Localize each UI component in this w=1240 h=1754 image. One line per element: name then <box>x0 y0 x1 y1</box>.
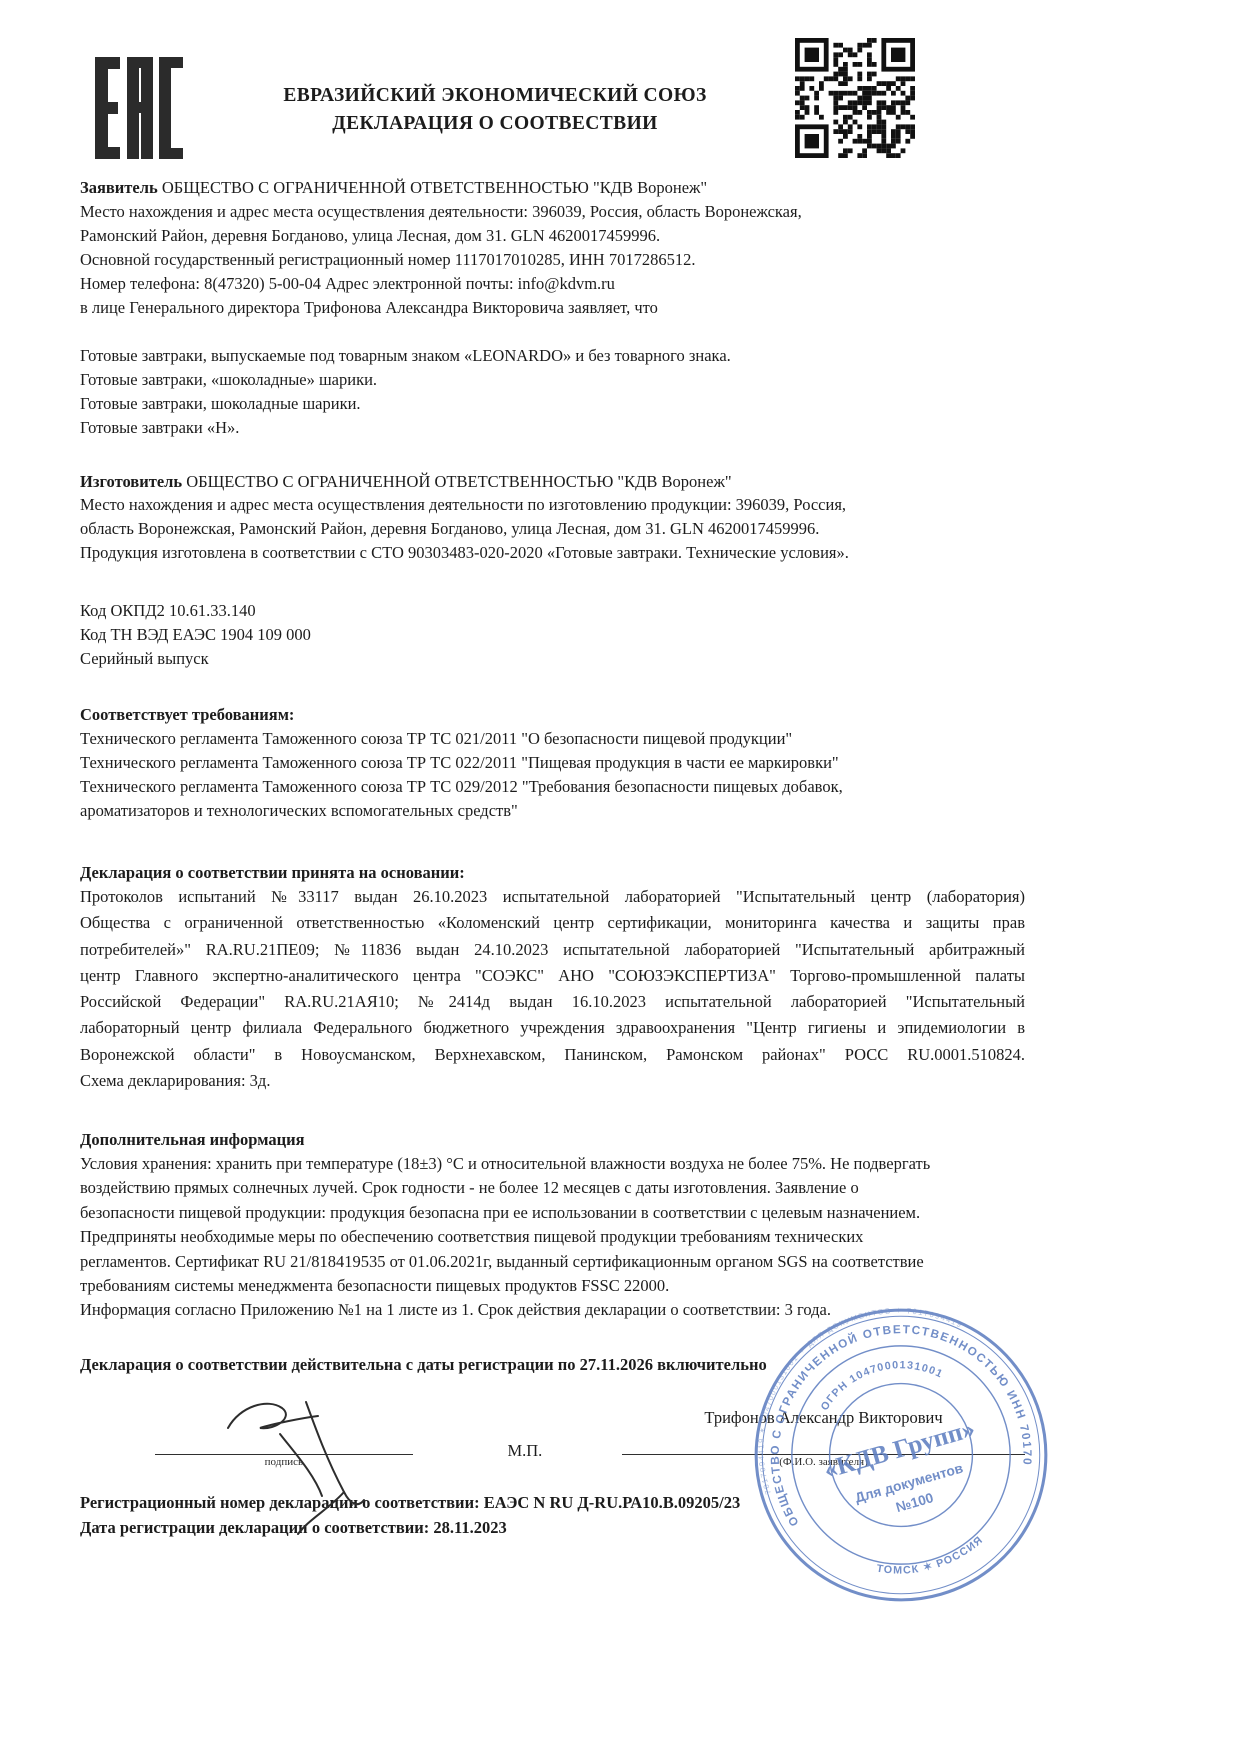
applicant-detail-line: Рамонский Район, деревня Богданово, улиц… <box>80 224 1025 248</box>
compliance-line: ароматизаторов и технологических вспомог… <box>80 799 1025 823</box>
additional-line: требованиям системы менеджмента безопасн… <box>80 1274 1025 1298</box>
product-line: Готовые завтраки, выпускаемые под товарн… <box>80 344 1025 368</box>
manufacturer-label: Изготовитель <box>80 472 182 491</box>
applicant-detail-line: Место нахождения и адрес места осуществл… <box>80 200 1025 224</box>
applicant-name: ОБЩЕСТВО С ОГРАНИЧЕННОЙ ОТВЕТСТВЕННОСТЬЮ… <box>158 178 707 197</box>
signature-line <box>155 1420 413 1455</box>
product-line: Готовые завтраки «Н». <box>80 416 1025 440</box>
basis-line: Воронежской области" в Новоусманском, Ве… <box>80 1042 1025 1068</box>
basis-line: Российской Федерации" RA.RU.21АЯ10; №241… <box>80 989 1025 1015</box>
applicant-detail-line: в лице Генерального директора Трифонова … <box>80 296 1025 320</box>
eac-logo-icon <box>95 57 183 159</box>
basis-line: Общества с ограниченной ответственностью… <box>80 910 1025 936</box>
basis-line: центр Главного экспертно-аналитического … <box>80 963 1025 989</box>
signature-block: подпись <box>155 1420 413 1479</box>
basis-line: Схема декларирования: 3д. <box>80 1068 1025 1094</box>
applicant-line: Заявитель ОБЩЕСТВО С ОГРАНИЧЕННОЙ ОТВЕТС… <box>80 176 1025 200</box>
compliance-heading: Соответствует требованиям: <box>80 703 1025 727</box>
manufacturer-line: Изготовитель ОБЩЕСТВО С ОГРАНИЧЕННОЙ ОТВ… <box>80 470 1025 494</box>
additional-text: Условия хранения: хранить при температур… <box>80 1152 1025 1323</box>
qr-code <box>795 38 915 158</box>
code-line: Код ОКПД2 10.61.33.140 <box>80 599 1025 623</box>
additional-block: Дополнительная информация Условия хранен… <box>80 1128 1025 1322</box>
code-line: Серийный выпуск <box>80 647 1025 671</box>
manufacturer-detail-line: Место нахождения и адрес места осуществл… <box>80 493 1025 517</box>
union-title: ЕВРАЗИЙСКИЙ ЭКОНОМИЧЕСКИЙ СОЮЗ <box>215 82 775 110</box>
applicant-block: Заявитель ОБЩЕСТВО С ОГРАНИЧЕННОЙ ОТВЕТС… <box>80 176 1025 320</box>
basis-line: Протоколов испытаний №33117 выдан 26.10.… <box>80 884 1025 910</box>
additional-line: безопасности пищевой продукции: продукци… <box>80 1201 1025 1225</box>
declaration-page: ЕВРАЗИЙСКИЙ ЭКОНОМИЧЕСКИЙ СОЮЗ ДЕКЛАРАЦИ… <box>0 0 1240 1754</box>
basis-block: Декларация о соответствии принята на осн… <box>80 861 1025 1095</box>
additional-heading: Дополнительная информация <box>80 1128 1025 1152</box>
manufacturer-name: ОБЩЕСТВО С ОГРАНИЧЕННОЙ ОТВЕТСТВЕННОСТЬЮ… <box>182 472 731 491</box>
stamp-place-label: М.П. <box>483 1439 567 1479</box>
compliance-line: Технического регламента Таможенного союз… <box>80 751 1025 775</box>
manufacturer-block: Изготовитель ОБЩЕСТВО С ОГРАНИЧЕННОЙ ОТВ… <box>80 470 1025 566</box>
applicant-detail-line: Номер телефона: 8(47320) 5-00-04 Адрес э… <box>80 272 1025 296</box>
additional-line: Предприняты необходимые меры по обеспече… <box>80 1225 1025 1249</box>
compliance-block: Соответствует требованиям: Технического … <box>80 703 1025 823</box>
product-line: Готовые завтраки, шоколадные шарики. <box>80 392 1025 416</box>
applicant-details: Место нахождения и адрес места осуществл… <box>80 200 1025 320</box>
codes-block: Код ОКПД2 10.61.33.140Код ТН ВЭД ЕАЭС 19… <box>80 599 1025 671</box>
document-title: ЕВРАЗИЙСКИЙ ЭКОНОМИЧЕСКИЙ СОЮЗ ДЕКЛАРАЦИ… <box>215 82 775 138</box>
compliance-line: Технического регламента Таможенного союз… <box>80 727 1025 751</box>
manufacturer-detail-line: область Воронежская, Рамонский Район, де… <box>80 517 1025 541</box>
basis-heading: Декларация о соответствии принята на осн… <box>80 861 1025 885</box>
declaration-title: ДЕКЛАРАЦИЯ О СООТВЕСТВИИ <box>215 110 775 138</box>
compliance-line: Технического регламента Таможенного союз… <box>80 775 1025 799</box>
signature-caption: подпись <box>155 1455 413 1479</box>
compliance-list: Технического регламента Таможенного союз… <box>80 727 1025 823</box>
basis-line: лабораторный центр филиала Федерального … <box>80 1015 1025 1041</box>
additional-line: воздействию прямых солнечных лучей. Срок… <box>80 1176 1025 1200</box>
basis-text: Протоколов испытаний №33117 выдан 26.10.… <box>80 884 1025 1094</box>
additional-line: Условия хранения: хранить при температур… <box>80 1152 1025 1176</box>
additional-line: регламентов. Сертификат RU 21/818419535 … <box>80 1250 1025 1274</box>
applicant-label: Заявитель <box>80 178 158 197</box>
code-line: Код ТН ВЭД ЕАЭС 1904 109 000 <box>80 623 1025 647</box>
stamp-number: №100 <box>894 1490 935 1515</box>
basis-line: потребителей»" RA.RU.21ПЕ09; №11836 выда… <box>80 937 1025 963</box>
products-list: Готовые завтраки, выпускаемые под товарн… <box>80 344 1025 440</box>
manufacturer-details: Место нахождения и адрес места осуществл… <box>80 493 1025 565</box>
applicant-detail-line: Основной государственный регистрационный… <box>80 248 1025 272</box>
manufacturer-detail-line: Продукция изготовлена в соответствии с С… <box>80 541 1025 565</box>
product-line: Готовые завтраки, «шоколадные» шарики. <box>80 368 1025 392</box>
